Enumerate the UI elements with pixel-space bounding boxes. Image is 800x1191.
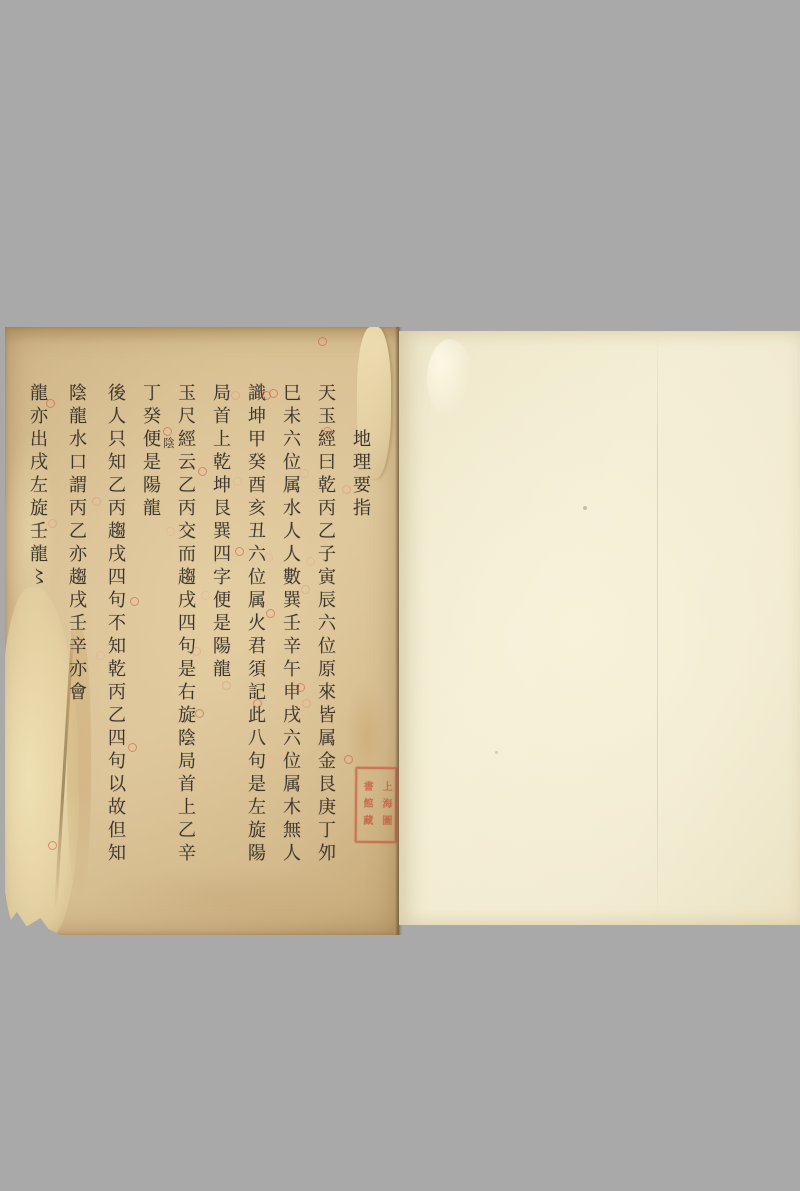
seal-text-right-column: 上海圖	[380, 778, 391, 832]
manuscript-text-column: 陰龍水口謂丙乙亦趨戌壬辛亦會	[66, 383, 87, 899]
reading-circle-mark	[318, 337, 327, 346]
manuscript-text-column: 識坤甲癸酉亥丑六位属火君須記此八句是左旋陽	[245, 383, 266, 899]
manuscript-text-column: 玉尺經云乙丙交而趨戌四句是右旋陰局首上乙辛	[175, 383, 196, 899]
library-collection-seal: 上海圖 書館藏	[355, 767, 398, 843]
manuscript-text-column: 龍亦出戌左旋壬龍〻	[27, 383, 48, 899]
blank-right-page	[399, 331, 800, 925]
manuscript-text-column: 天玉經曰乾丙乙子寅辰六位原來皆属金艮庚丁夘	[315, 383, 336, 899]
manuscript-text-column: 巳未六位属水人人數巽壬辛午申戌六位属木無人	[280, 383, 301, 899]
paper-speck	[495, 751, 498, 754]
text-columns: 地理要指天玉經曰乾丙乙子寅辰六位原來皆属金艮庚丁夘巳未六位属水人人數巽壬辛午申戌…	[13, 383, 371, 899]
manuscript-left-page: 地理要指天玉經曰乾丙乙子寅辰六位原來皆属金艮庚丁夘巳未六位属水人人數巽壬辛午申戌…	[5, 327, 399, 935]
interlinear-correction-note: 陰	[160, 437, 176, 449]
manuscript-text-column: 後人只知乙丙趨戌四句不知乾丙乙四句以故但知	[105, 383, 126, 899]
manuscript-text-column: 局首上乾坤艮巽四字便是陽龍	[210, 383, 231, 899]
page-fold-line	[657, 331, 658, 925]
paper-speck	[583, 506, 587, 510]
stain-top-edge	[5, 327, 399, 343]
manuscript-text-column: 丁癸便是陽龍	[140, 383, 161, 899]
paper-crease	[427, 339, 473, 419]
seal-text-left-column: 書館藏	[361, 778, 372, 832]
scanned-book-spread: 地理要指天玉經曰乾丙乙子寅辰六位原來皆属金艮庚丁夘巳未六位属水人人數巽壬辛午申戌…	[0, 0, 800, 1191]
